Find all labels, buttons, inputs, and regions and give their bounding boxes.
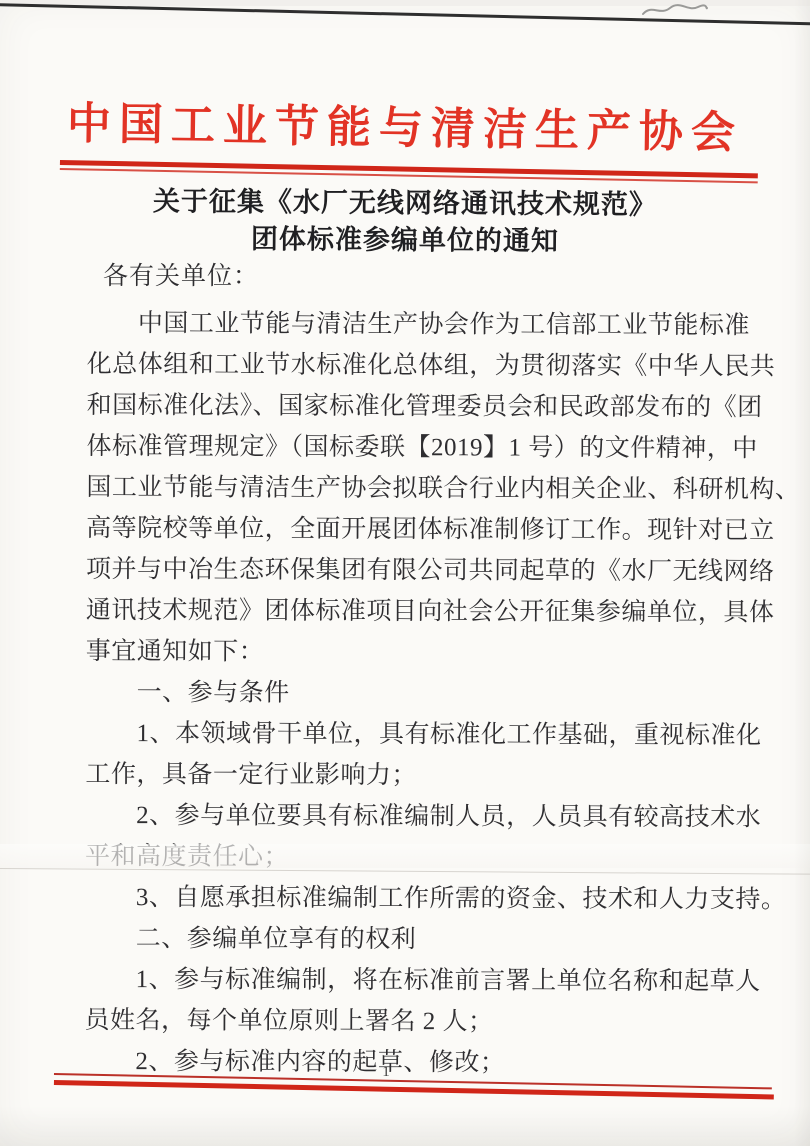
salutation: 各有关单位： xyxy=(103,256,259,292)
body-line: 员姓名，每个单位原则上署名 2 人； xyxy=(84,1000,764,1043)
body-line: 二、参编单位享有的权利 xyxy=(85,918,765,961)
body-line: 事宜通知如下： xyxy=(86,631,766,674)
body-line: 和国标准化法》、国家标准化管理委员会和民政部发布的《团 xyxy=(87,385,767,428)
body-line: 高等院校等单位，全面开展团体标准制修订工作。现针对已立 xyxy=(86,508,766,551)
body-line: 3、自愿承担标准编制工作所需的资金、技术和人力支持。 xyxy=(85,877,765,920)
scanned-document-page: 中国工业节能与清洁生产协会 关于征集《水厂无线网络通讯技术规范》 团体标准参编单… xyxy=(0,0,810,1146)
body-line: 中国工业节能与清洁生产协会作为工信部工业节能标准 xyxy=(87,303,767,346)
body-line: 1、参与标准编制，将在标准前言署上单位名称和起草人 xyxy=(85,959,765,1002)
scan-mark-squiggle xyxy=(640,1,710,21)
body-line: 1、本领域骨干单位，具有标准化工作基础，重视标准化 xyxy=(85,713,765,756)
scan-bottom-shade xyxy=(0,1106,810,1146)
body-line: 项并与中冶生态环保集团有限公司共同起草的《水厂无线网络 xyxy=(86,549,766,592)
body-line: 国工业节能与清洁生产协会拟联合行业内相关企业、科研机构、 xyxy=(86,467,766,510)
scan-light-band xyxy=(0,844,810,868)
notice-body: 中国工业节能与清洁生产协会作为工信部工业节能标准化总体组和工业节水标准化总体组，… xyxy=(84,303,767,1084)
letterhead-org-name: 中国工业节能与清洁生产协会 xyxy=(0,86,810,161)
body-line: 2、参与标准内容的起草、修改； xyxy=(84,1041,764,1084)
page-number: 1 xyxy=(374,1064,398,1081)
notice-title-line2: 团体标准参编单位的通知 xyxy=(0,215,810,260)
body-line: 一、参与条件 xyxy=(86,672,766,715)
body-line: 化总体组和工业节水标准化总体组，为贯彻落实《中华人民共 xyxy=(87,344,767,387)
body-line: 通讯技术规范》团体标准项目向社会公开征集参编单位，具体 xyxy=(86,590,766,633)
body-line: 体标准管理规定》（国标委联【2019】1 号）的文件精神，中 xyxy=(86,426,766,469)
body-line: 2、参与单位要具有标准编制人员，人员具有较高技术水 xyxy=(85,795,765,838)
body-line: 工作，具备一定行业影响力； xyxy=(85,754,765,797)
scan-right-shade xyxy=(794,0,810,1146)
